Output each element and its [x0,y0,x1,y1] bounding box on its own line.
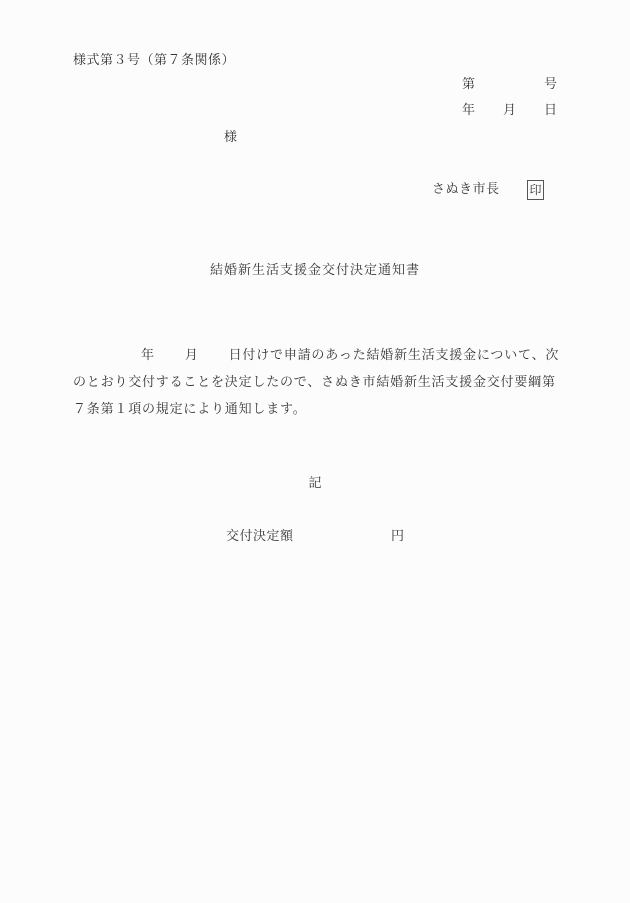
note-heading: 記 [0,476,630,492]
body-paragraph: 年月日付けで申請のあった結婚新生活支援金について、次 のとおり交付することを決定… [73,342,563,423]
seal-stamp-box: 印 [527,180,544,200]
body-year-label: 年 [141,348,155,363]
reference-number-prefix: 第 [462,77,475,93]
body-line-1-text: 日付けで申請のあった結婚新生活支援金について、次 [229,348,560,363]
date-day-label: 日 [544,103,557,119]
issuer-name: さぬき市長 [432,182,500,198]
form-number: 様式第３号（第７条関係） [73,53,235,69]
body-line-1: 年月日付けで申請のあった結婚新生活支援金について、次 [73,342,563,369]
body-line-3: ７条第１項の規定により通知します。 [73,396,563,423]
date-year-label: 年 [462,103,475,119]
recipient-honorific: 様 [224,130,237,146]
date-month-label: 月 [503,103,516,119]
grant-amount-unit: 円 [391,529,404,545]
grant-amount-label: 交付決定額 [226,529,294,545]
body-line-2: のとおり交付することを決定したので、さぬき市結婚新生活支援金交付要綱第 [73,369,563,396]
document-title: 結婚新生活支援金交付決定通知書 [0,263,630,279]
body-month-label: 月 [185,348,199,363]
reference-number-suffix: 号 [544,77,557,93]
